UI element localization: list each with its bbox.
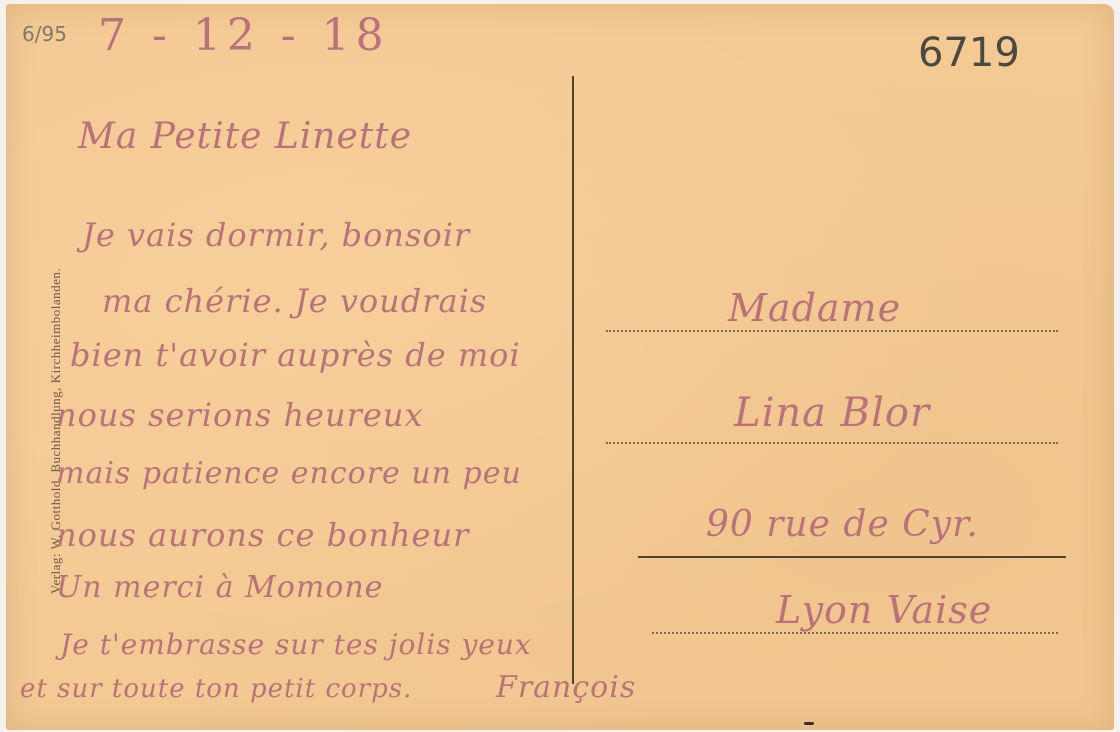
address-line: Madame xyxy=(728,286,901,330)
message-line: mais patience encore un peu xyxy=(56,456,522,491)
address-line-rule xyxy=(606,442,1058,444)
message-line: et sur toute ton petit corps. xyxy=(20,674,412,704)
address-line: Lina Blor xyxy=(734,390,930,436)
ink-speck xyxy=(804,722,814,725)
center-divider xyxy=(572,76,574,684)
catalog-number: 6719 xyxy=(918,30,1020,76)
message-line: Je t'embrasse sur tes jolis yeux xyxy=(60,628,532,661)
message-line: ma chérie. Je voudrais xyxy=(102,282,487,320)
archive-note: 6/95 xyxy=(22,22,67,46)
postcard-back: 6/95 7 - 12 - 18 6719 Verlag: W. Gotthol… xyxy=(6,4,1114,730)
address-line-rule xyxy=(606,330,1058,332)
address-line-rule xyxy=(652,632,1058,634)
address-line: Lyon Vaise xyxy=(776,588,992,632)
message-date: 7 - 12 - 18 xyxy=(98,10,390,61)
message-line: nous aurons ce bonheur xyxy=(56,516,469,554)
message-line: nous serions heureux xyxy=(56,396,423,434)
message-line: Je vais dormir, bonsoir xyxy=(82,216,470,254)
signature: François xyxy=(496,670,636,705)
message-line: Un merci à Momone xyxy=(56,570,383,605)
message-line: bien t'avoir auprès de moi xyxy=(70,336,521,374)
address-line-rule xyxy=(638,556,1066,558)
salutation: Ma Petite Linette xyxy=(78,116,412,157)
address-line: 90 rue de Cyr. xyxy=(706,504,979,545)
